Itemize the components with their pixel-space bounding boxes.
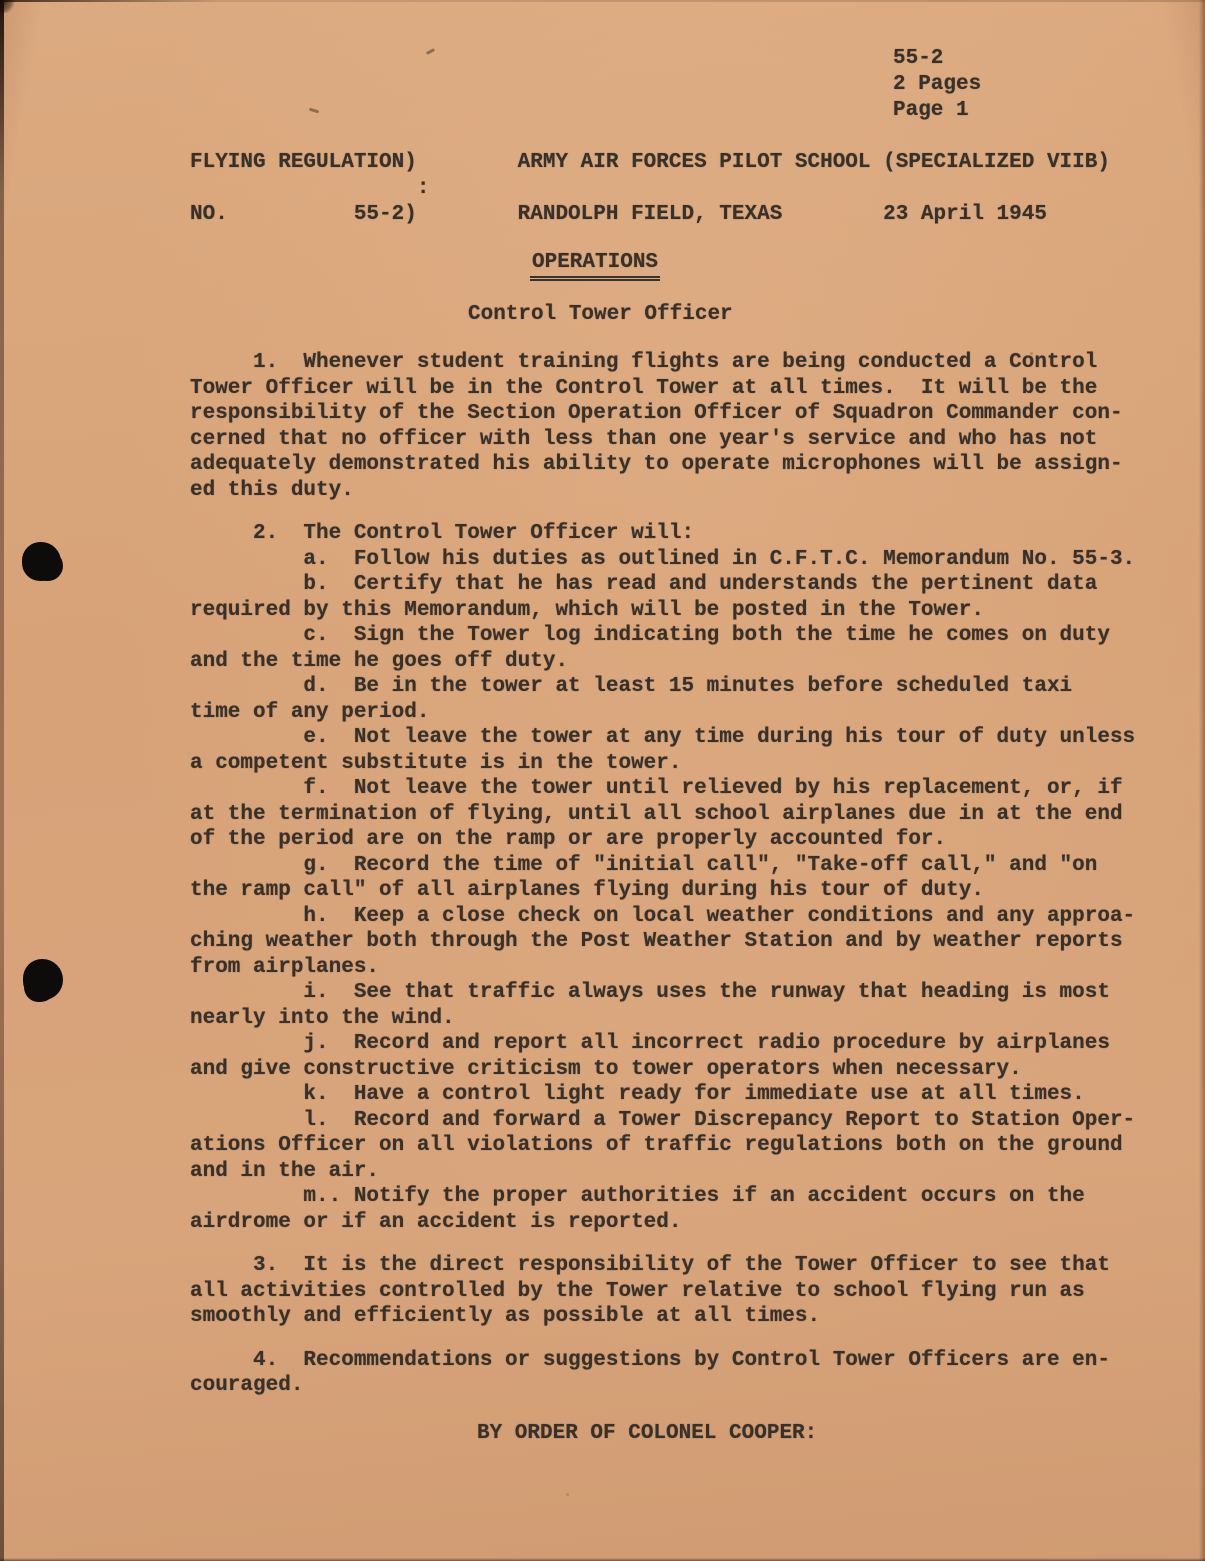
memo-subject: Control Tower Officer (468, 304, 733, 326)
list-item-k: k. Have a control light ready for immedi… (190, 1082, 1175, 1108)
paragraph-1: 1. Whenever student training flights are… (190, 350, 1175, 503)
list-item-h: h. Keep a close check on local weather c… (190, 904, 1175, 981)
list-item-m: m.. Notify the proper authorities if an … (190, 1184, 1175, 1235)
page-number-block: 55-2 2 Pages Page 1 (893, 46, 981, 124)
section-title-text: OPERATIONS (530, 252, 660, 281)
list-item-g: g. Record the time of "initial call", "T… (190, 853, 1175, 904)
list-item-a: a. Follow his duties as outlined in C.F.… (190, 547, 1175, 573)
by-order-line: BY ORDER OF COLONEL COOPER: (477, 1423, 817, 1445)
page-left-edge-shadow (0, 0, 4, 1561)
memo-header: FLYING REGULATION) ARMY AIR FORCES PILOT… (190, 150, 1110, 228)
list-item-l: l. Record and forward a Tower Discrepanc… (190, 1108, 1175, 1185)
paragraph-4: 4. Recommendations or suggestions by Con… (190, 1348, 1175, 1399)
section-title: OPERATIONS (530, 252, 660, 281)
page-right-edge-shadow (1199, 0, 1205, 1561)
paper-speck (309, 108, 319, 114)
paragraph-2: 2. The Control Tower Officer will: (190, 521, 1175, 547)
list-item-b: b. Certify that he has read and understa… (190, 572, 1175, 623)
paper-speck (566, 1493, 569, 1496)
list-item-e: e. Not leave the tower at any time durin… (190, 725, 1175, 776)
memo-body: 1. Whenever student training flights are… (190, 350, 1175, 1399)
list-item-i: i. See that traffic always uses the runw… (190, 980, 1175, 1031)
top-left-corner-smudge (0, 0, 16, 13)
hole-punch (23, 959, 63, 1000)
list-item-j: j. Record and report all incorrect radio… (190, 1031, 1175, 1082)
scanned-memo-page: 55-2 2 Pages Page 1 FLYING REGULATION) A… (0, 0, 1205, 1561)
paper-speck (426, 48, 435, 55)
paragraph-3: 3. It is the direct responsibility of th… (190, 1253, 1175, 1330)
list-item-f: f. Not leave the tower until relieved by… (190, 776, 1175, 853)
list-item-d: d. Be in the tower at least 15 minutes b… (190, 674, 1175, 725)
list-item-c: c. Sign the Tower log indicating both th… (190, 623, 1175, 674)
page-top-edge-shadow (0, 0, 1205, 2)
hole-punch (22, 542, 61, 581)
